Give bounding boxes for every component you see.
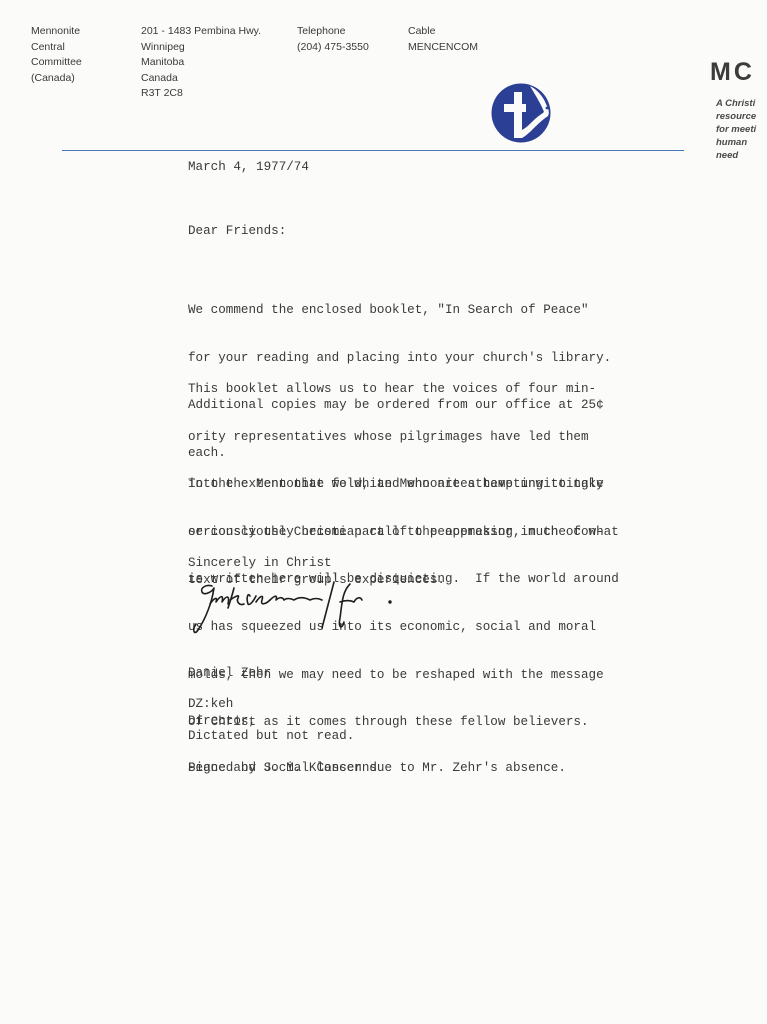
org-line: Committee bbox=[31, 55, 82, 71]
org-line: (Canada) bbox=[31, 71, 82, 87]
mailing-address: 201 - 1483 Pembina Hwy. Winnipeg Manitob… bbox=[141, 24, 261, 102]
address-line: Winnipeg bbox=[141, 40, 261, 56]
text-line: ority representatives whose pilgrimages … bbox=[188, 430, 604, 446]
tagline: A Christi resource for meeti human need bbox=[716, 97, 756, 162]
telephone-label: Telephone bbox=[297, 24, 369, 40]
tagline-line: human bbox=[716, 136, 756, 149]
tagline-line: A Christi bbox=[716, 97, 756, 110]
cross-dove-globe-icon bbox=[490, 82, 552, 144]
telephone-block: Telephone (204) 475-3550 bbox=[297, 24, 369, 55]
org-line: Mennonite bbox=[31, 24, 82, 40]
cable-label: Cable bbox=[408, 24, 478, 40]
org-line: Central bbox=[31, 40, 82, 56]
letterhead-divider bbox=[62, 150, 684, 151]
letter-date: March 4, 1977/74 bbox=[188, 160, 309, 176]
text-line: This booklet allows us to hear the voice… bbox=[188, 382, 604, 398]
cable-address: MENCENCOM bbox=[408, 40, 478, 56]
tagline-line: need bbox=[716, 149, 756, 162]
reference-initials: DZ:keh bbox=[188, 697, 233, 713]
tagline-line: resource bbox=[716, 110, 756, 123]
organization-name: Mennonite Central Committee (Canada) bbox=[31, 24, 82, 86]
handwritten-signature bbox=[190, 578, 410, 638]
signer-name: Daniel Zehr bbox=[188, 666, 377, 682]
address-line: 201 - 1483 Pembina Hwy. bbox=[141, 24, 261, 40]
dictation-note: Dictated but not read. bbox=[188, 729, 354, 745]
signer-title: Director, bbox=[188, 714, 377, 730]
closing: Sincerely in Christ bbox=[188, 556, 332, 572]
cable-block: Cable MENCENCOM bbox=[408, 24, 478, 55]
address-line: Canada bbox=[141, 71, 261, 87]
text-line: To the extent that we white Mennonites h… bbox=[188, 477, 619, 493]
tagline-line: for meeti bbox=[716, 123, 756, 136]
salutation: Dear Friends: bbox=[188, 224, 286, 240]
text-line: We commend the enclosed booklet, "In Sea… bbox=[188, 303, 611, 319]
text-line: or consciously become part of the oppres… bbox=[188, 525, 619, 541]
brand-mark: MC bbox=[710, 58, 755, 87]
address-line: R3T 2C8 bbox=[141, 86, 261, 102]
telephone-number: (204) 475-3550 bbox=[297, 40, 369, 56]
address-line: Manitoba bbox=[141, 55, 261, 71]
signed-by-note: Signed by J. M. Klassen due to Mr. Zehr'… bbox=[188, 761, 566, 777]
